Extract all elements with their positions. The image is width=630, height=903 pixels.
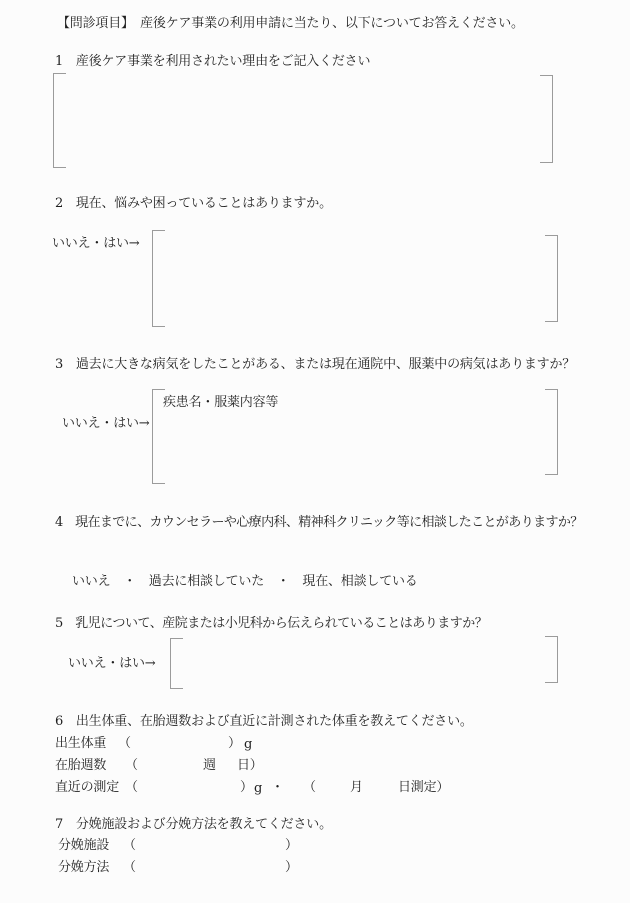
question-3-label: 3 過去に大きな病気をしたことがある、または現在通院中、服薬中の病気はありますか… [55,357,575,373]
birth-weight-open-paren: （ [118,736,131,752]
answer-box-1-bracket-right [540,75,553,163]
answer-box-1-bracket-left [53,73,66,168]
recent-measure-close-paren: ） [240,780,253,796]
section-header: 【問診項目】 産後ケア事業の利用申請に当たり、以下についてお答えください。 [57,16,524,32]
recent-measure-day-close: 日測定） [398,780,449,796]
delivery-method-label: 分娩方法 [58,860,109,876]
question-5-answer-prompt: いいえ・はい→ [68,656,156,672]
delivery-facility-close-paren: ） [285,838,298,854]
question-7-label: 7 分娩施設および分娩方法を教えてください。 [55,817,332,833]
answer-box-2-bracket-left [152,230,165,327]
birth-weight-close-paren: ） [228,736,241,752]
answer-box-2-bracket-right [545,235,558,322]
recent-measure-date-open-paren: （ [303,780,316,796]
answer-box-5-bracket-left [170,638,183,689]
recent-measure-separator-dot: ・ [271,780,284,796]
question-4-options: いいえ ・ 過去に相談していた ・ 現在、相談している [72,574,418,590]
question-4-label: 4 現在までに、カウンセラーや心療内科、精神科クリニック等に相談したことがありま… [55,515,583,531]
question-5-label: 5 乳児について、産院または小児科から伝えられていることはありますか？ [55,616,487,632]
question-1-label: 1 産後ケア事業を利用されたい理由をご記入ください [55,54,370,70]
delivery-facility-open-paren: （ [123,838,136,854]
delivery-method-close-paren: ） [285,860,298,876]
recent-measure-unit: g [254,781,262,797]
delivery-facility-label: 分娩施設 [58,838,109,854]
gestation-day-close-paren: 日） [237,758,263,774]
question-2-answer-prompt: いいえ・はい→ [52,236,140,252]
recent-measure-month-unit: 月 [350,780,363,796]
question-2-label: 2 現在、悩みや困っていることはありますか。 [55,196,332,212]
delivery-method-open-paren: （ [123,860,136,876]
recent-measure-open-paren: （ [125,780,138,796]
birth-weight-label: 出生体重 [55,736,106,752]
answer-box-5-bracket-right [545,636,558,683]
answer-box-3-bracket-right [545,389,558,475]
question-6-label: 6 出生体重、在胎週数および直近に計測された体重を教えてください。 [55,714,473,730]
question-3-box-label: 疾患名・服薬内容等 [163,395,278,411]
recent-measure-label: 直近の測定 [55,780,119,796]
birth-weight-unit: g [244,737,252,753]
gestation-weeks-label: 在胎週数 [55,758,106,774]
questionnaire-page: 【問診項目】 産後ケア事業の利用申請に当たり、以下についてお答えください。 1 … [0,0,630,903]
question-3-answer-prompt: いいえ・はい→ [62,416,150,432]
gestation-week-unit: 週 [203,758,216,774]
gestation-open-paren: （ [125,758,138,774]
